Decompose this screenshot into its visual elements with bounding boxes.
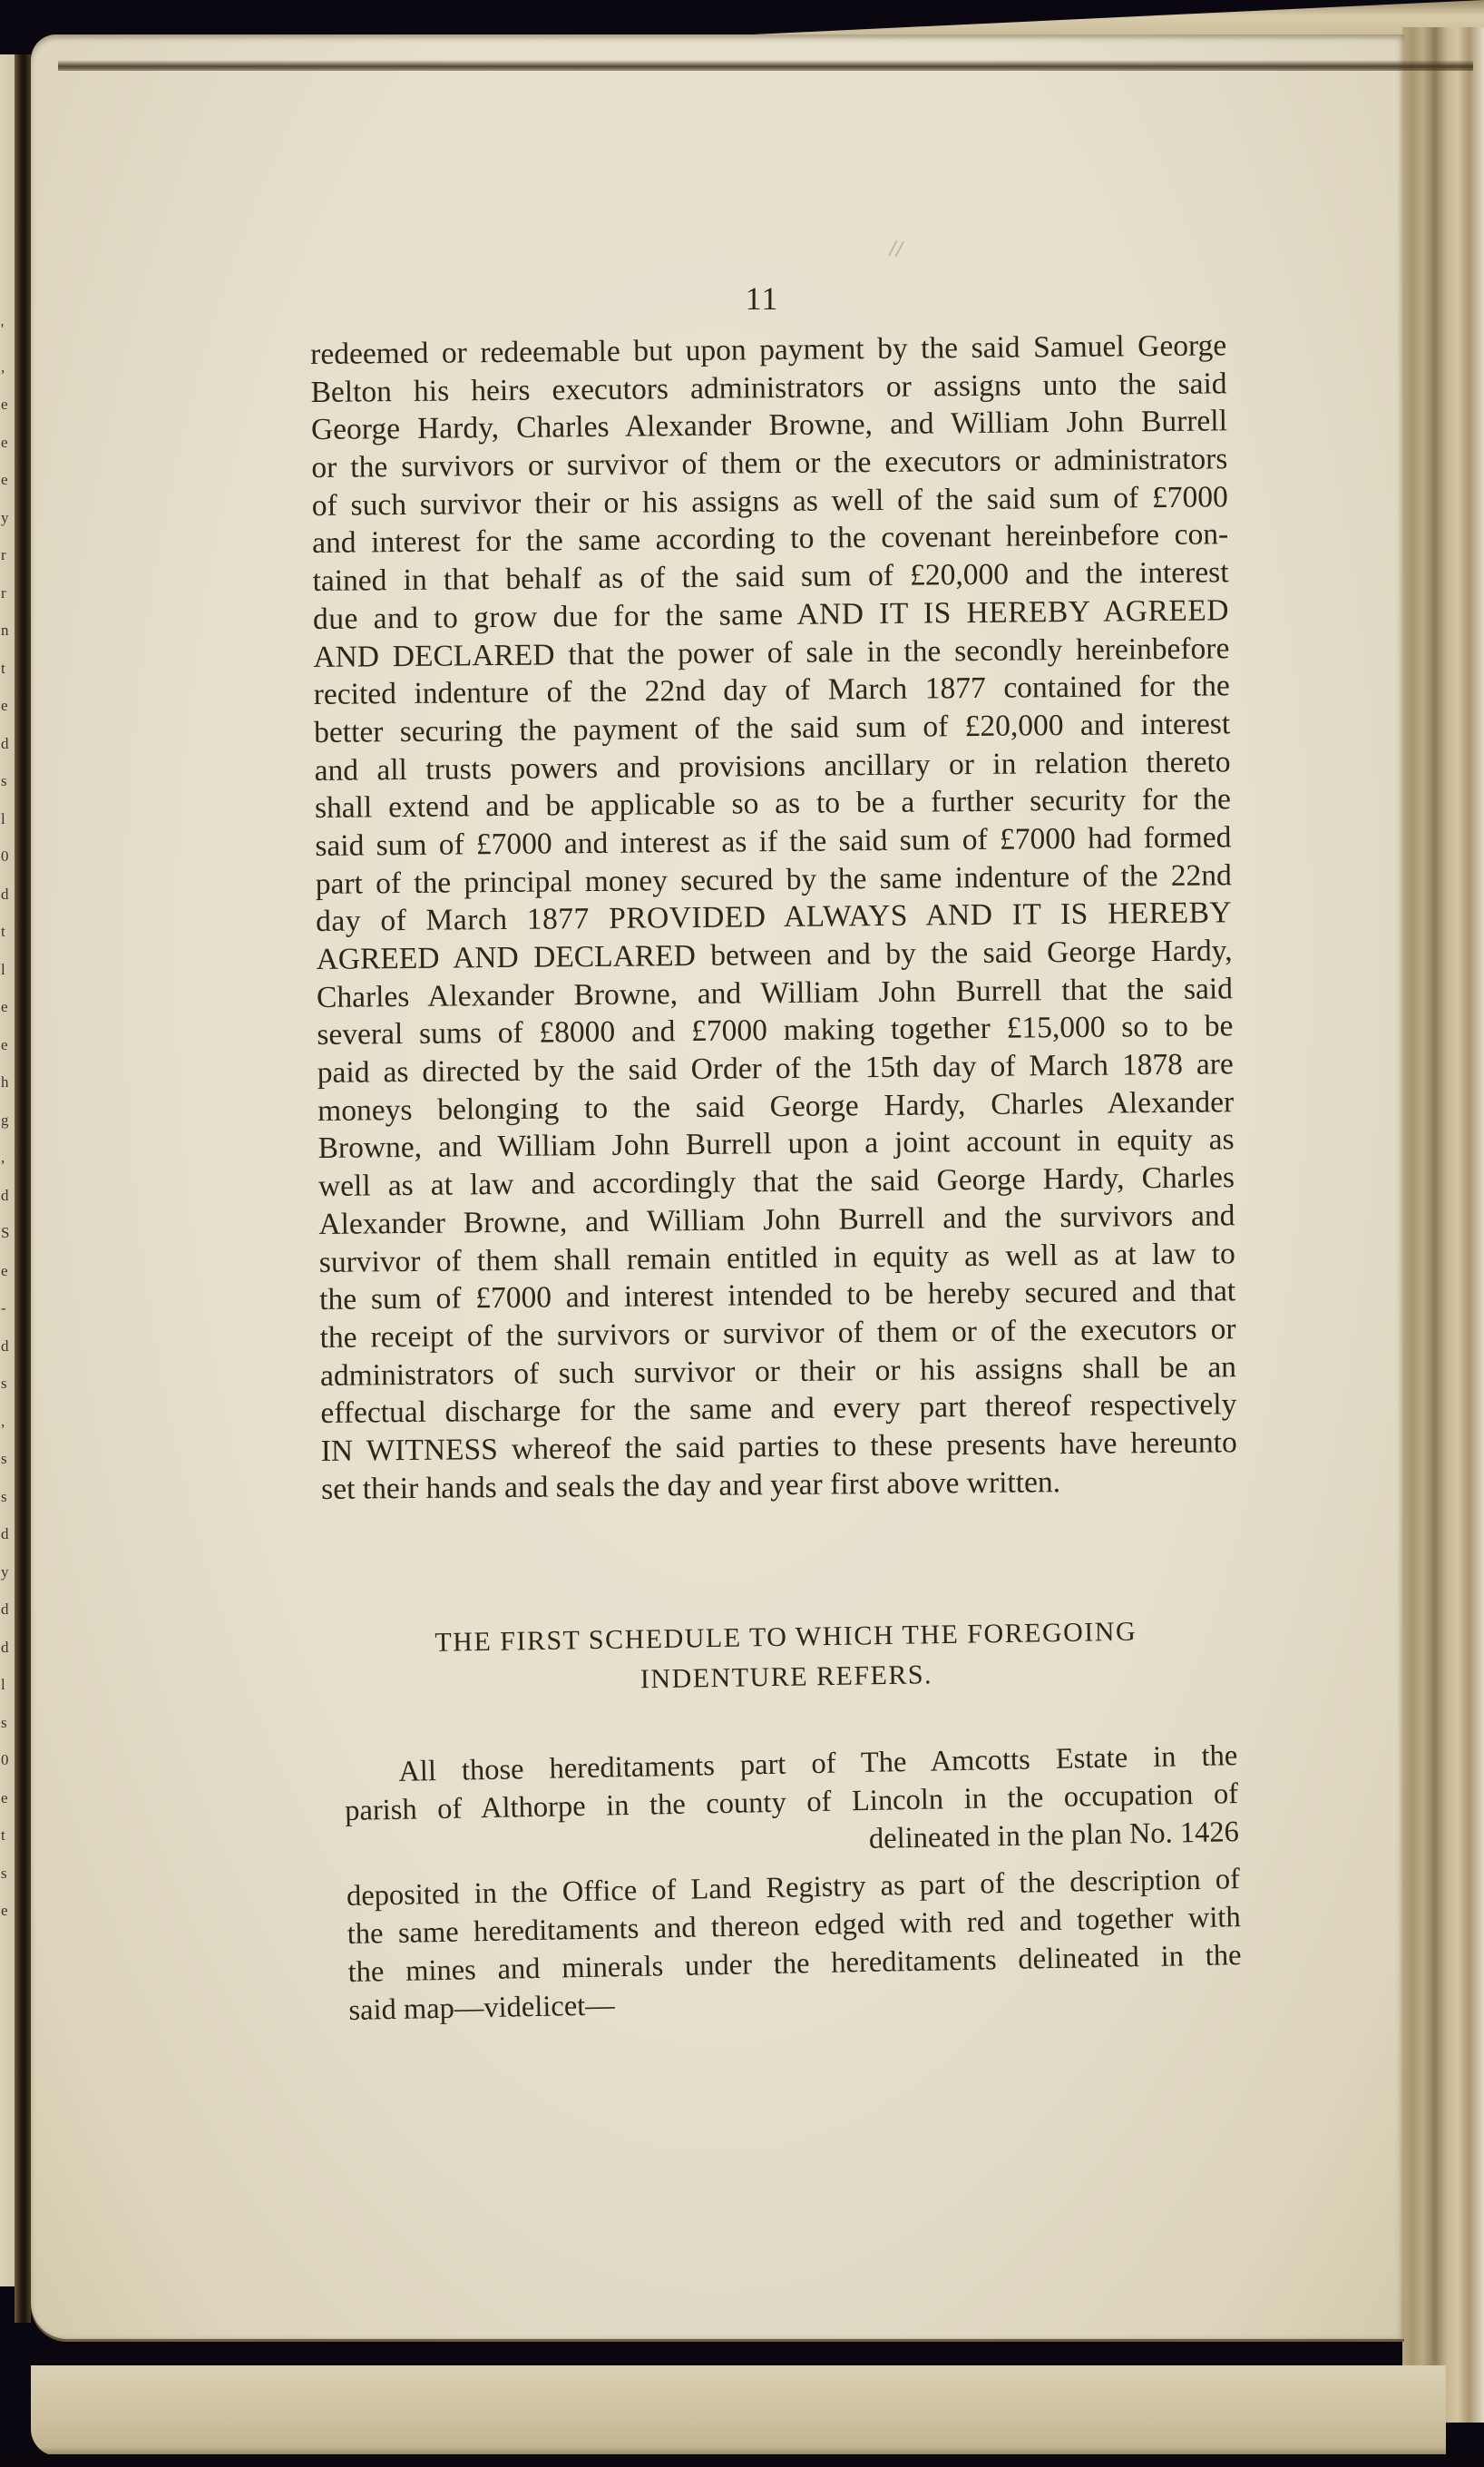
edge-letter: r: [1, 536, 15, 574]
edge-letter: d: [1, 1515, 15, 1553]
edge-letter: d: [1, 725, 15, 763]
edge-letter: e: [1, 687, 15, 725]
edge-letter: y: [1, 499, 15, 537]
edge-letter: l: [1, 800, 15, 838]
text-line: set their hands and seals the day and ye…: [321, 1462, 1237, 1508]
edge-letter: ,: [1, 1139, 15, 1177]
edge-letter: d: [1, 1177, 15, 1215]
edge-letter: 0: [1, 1741, 15, 1779]
document-page: // 11 redeemed or redeemable but upon pa…: [31, 34, 1404, 2339]
edge-letter: t: [1, 1816, 15, 1855]
edge-letter: e: [1, 1026, 15, 1064]
edge-letter: ,: [1, 1403, 15, 1441]
page-number: 11: [31, 279, 1484, 318]
edge-letter: t: [1, 650, 15, 688]
edge-letter: S: [1, 1214, 15, 1252]
edge-letter: d: [1, 876, 15, 914]
edge-letter: r: [1, 574, 15, 612]
edge-letter: l: [1, 1666, 15, 1704]
edge-letter: e: [1, 424, 15, 462]
edge-letter: s: [1, 1855, 15, 1893]
page-stack-right-edge: [1402, 27, 1484, 2423]
page-stack-bottom-edge: [31, 2365, 1446, 2456]
edge-letter: s: [1, 1440, 15, 1478]
edge-letter: l: [1, 951, 15, 989]
edge-letter: 0: [1, 837, 15, 876]
schedule-heading: THE FIRST SCHEDULE TO WHICH THE FOREGOIN…: [368, 1611, 1204, 1704]
stray-pencil-mark: //: [887, 237, 928, 269]
edge-letter: ,: [1, 348, 15, 387]
edge-letter: e: [1, 1252, 15, 1290]
edge-letter: e: [1, 1892, 15, 1930]
edge-letter: s: [1, 1704, 15, 1742]
edge-letter: d: [1, 1327, 15, 1366]
edge-letter: s: [1, 1365, 15, 1403]
edge-letter: t: [1, 913, 15, 951]
edge-letter: -: [1, 1289, 15, 1327]
edge-letter: s: [1, 762, 15, 800]
edge-letter: e: [1, 461, 15, 499]
book-gutter: [15, 54, 31, 2323]
edge-letter: h: [1, 1063, 15, 1101]
edge-letter: e: [1, 386, 15, 424]
edge-letter: d: [1, 1629, 15, 1667]
scan-bottom-border: [0, 2454, 1484, 2467]
indenture-body-text: redeemed or redeemable but upon payment …: [310, 327, 1237, 1508]
edge-letter: s: [1, 1478, 15, 1516]
edge-letter: e: [1, 1779, 15, 1817]
edge-letter: e: [1, 988, 15, 1026]
edge-letter: y: [1, 1553, 15, 1591]
previous-page-edge-letters: ',eeeyrrntedsl0dtleehg,dSe-ds,ssdyddls0e…: [1, 310, 15, 1930]
page-top-shadow: [58, 60, 1473, 71]
edge-letter: d: [1, 1591, 15, 1629]
edge-letter: n: [1, 612, 15, 650]
schedule-body-text: All those hereditaments part of The Amco…: [344, 1737, 1243, 2030]
edge-letter: g: [1, 1101, 15, 1140]
edge-letter: ': [1, 310, 15, 348]
